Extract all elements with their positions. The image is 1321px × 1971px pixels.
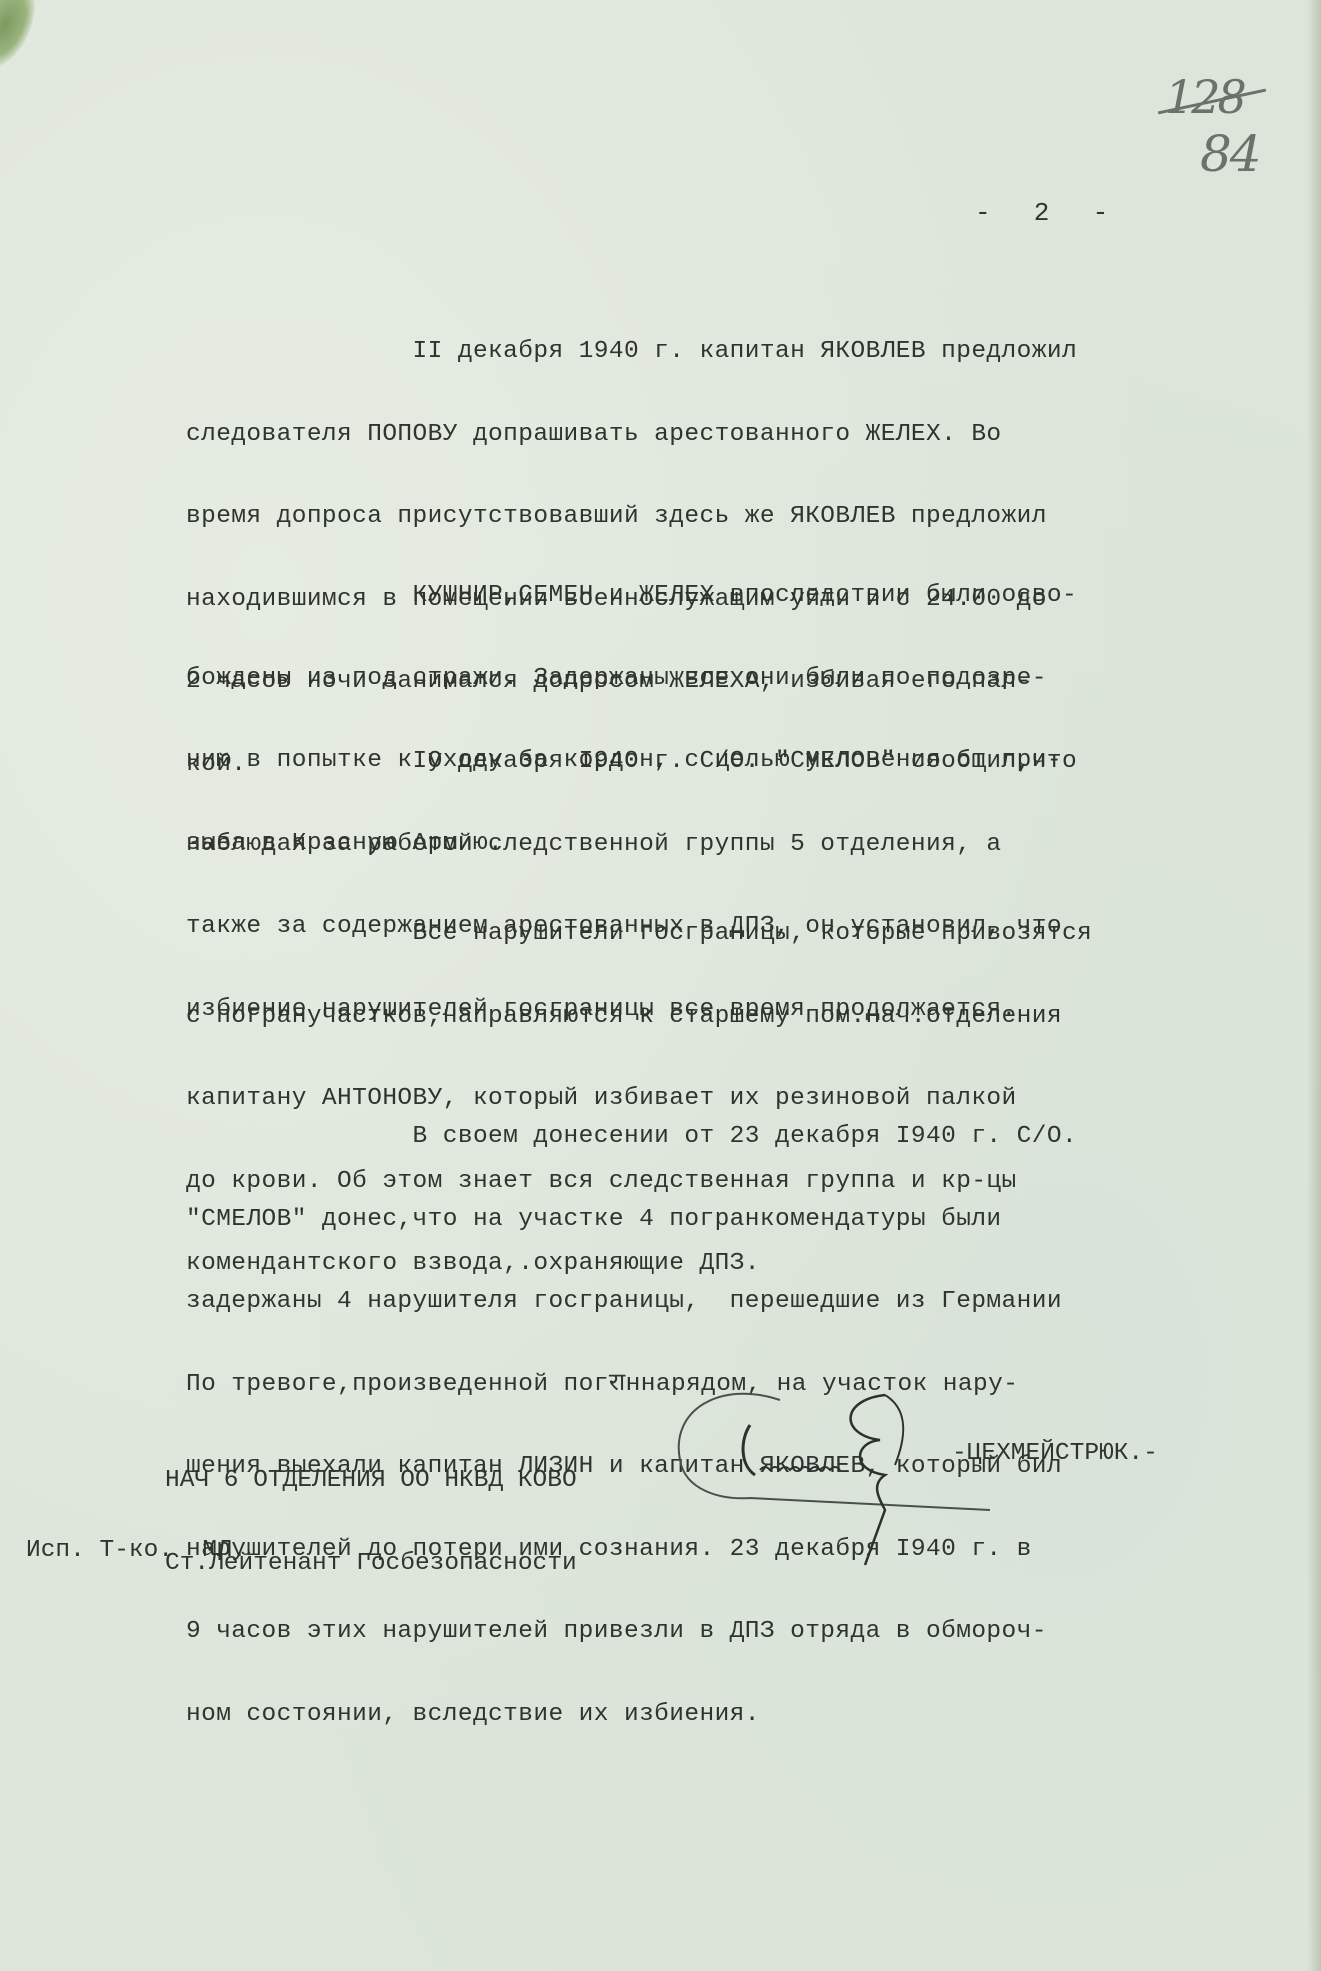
page-number: - 2 - [975, 198, 1112, 228]
text-line: КУШНИР,СЕМЕН и ЖЕЛЕХ впоследствии были о… [186, 582, 1321, 610]
text-line: Все нарушители госграницы, которые приво… [186, 920, 1321, 948]
archive-number-new: 84 [1200, 125, 1260, 183]
text-line: II декабря 1940 г. капитан ЯКОВЛЕВ предл… [186, 338, 1321, 366]
text-line: следователя ПОПОВУ допрашивать арестован… [186, 421, 1321, 449]
text-line: ном состоянии, вследствие их избиения. [186, 1701, 1321, 1729]
text-line: IO декабря I940 г. С/О. "СМЕЛОВ" сообщил… [186, 748, 1321, 776]
text-line: "СМЕЛОВ" донес,что на участке 4 погранко… [186, 1206, 1321, 1234]
text-line: наблюдая за работой следственной группы … [186, 831, 1321, 859]
handwritten-signature [640, 1370, 1040, 1570]
signatory-position: НАЧ 6 ОТДЕЛЕНИЯ ОО НКВД КОВО [165, 1467, 577, 1495]
text-line: задержаны 4 нарушителя госграницы, переш… [186, 1288, 1321, 1316]
paper-stain [0, 0, 47, 76]
text-line: бождены из под стражи. Задержаны все они… [186, 665, 1321, 693]
document-page: 128 84 - 2 - II декабря 1940 г. капитан … [0, 0, 1321, 1971]
executor-note: Исп. Т-ко. МЛ. [26, 1537, 247, 1564]
text-line: с погранучастков,направляются к старшему… [186, 1003, 1321, 1031]
signatory-name: -ЦЕХМЕЙСТРЮК.- [952, 1440, 1158, 1467]
text-line: В своем донесении от 23 декабря I940 г. … [186, 1123, 1321, 1151]
archive-number-old: 128 [1165, 70, 1244, 124]
signatory-title: НАЧ 6 ОТДЕЛЕНИЯ ОО НКВД КОВО Ст.Лейтенан… [165, 1412, 577, 1632]
